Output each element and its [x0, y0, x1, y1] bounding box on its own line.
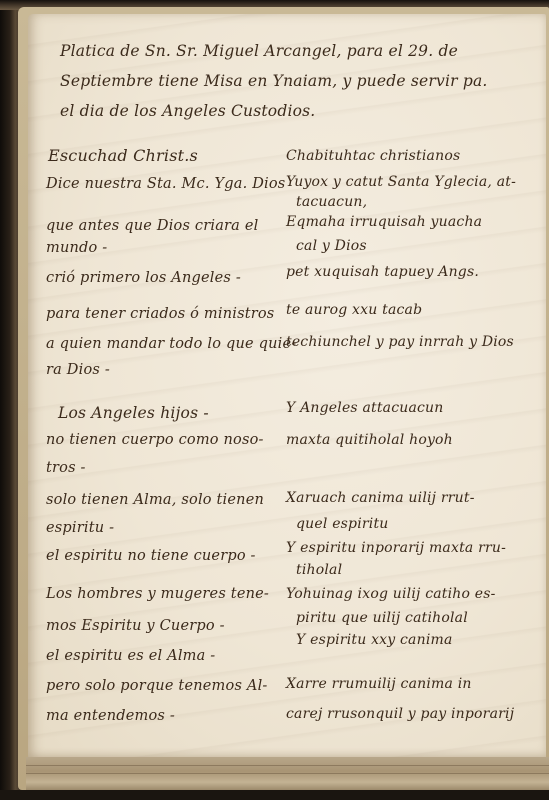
page-bottom-edge [26, 757, 549, 793]
native-line: tacuacun, [296, 194, 367, 210]
native-line: Y Angeles attacuacun [286, 400, 444, 416]
native-line: carej rrusonquil y pay inporarij [286, 706, 514, 722]
spanish-line: a quien mandar todo lo que quie- [46, 336, 296, 352]
heading-line-2: Septiembre tiene Misa en Ynaiam, y puede… [60, 72, 488, 90]
native-line: quel espiritu [296, 516, 389, 532]
native-line: techiunchel y pay inrrah y Dios [286, 334, 514, 350]
spanish-line: el espiritu es el Alma - [46, 648, 215, 664]
native-line: Yuyox y catut Santa Yglecia, at- [286, 174, 516, 190]
native-line: piritu que uilij catiholal [296, 610, 468, 626]
manuscript-page: Platica de Sn. Sr. Miguel Arcangel, para… [28, 14, 546, 759]
spanish-line: tros - [46, 460, 86, 476]
native-line: Eqmaha irruquisah yuacha [286, 214, 482, 230]
spanish-line: espiritu - [46, 520, 114, 536]
spanish-line: Los hombres y mugeres tene- [46, 586, 269, 602]
spanish-line: para tener criados ó ministros [46, 306, 274, 322]
native-line: Xarre rrumuilij canima in [286, 676, 472, 692]
native-line: Y espiritu xxy canima [296, 632, 453, 648]
spanish-line: ma entendemos - [46, 708, 175, 724]
spanish-line: mos Espiritu y Cuerpo - [46, 618, 225, 634]
spanish-line: pero solo porque tenemos Al- [46, 678, 268, 694]
native-line: Chabituhtac christianos [286, 148, 460, 164]
native-line: Yohuinag ixog uilij catiho es- [286, 586, 496, 602]
edge-line [26, 773, 549, 774]
heading-line-1: Platica de Sn. Sr. Miguel Arcangel, para… [60, 42, 458, 60]
spanish-line: el espiritu no tiene cuerpo - [46, 548, 256, 564]
spanish-line: Dice nuestra Sta. Mc. Yga. Dios [46, 176, 285, 192]
spanish-line: Los Angeles hijos - [58, 404, 209, 422]
spanish-line: mundo - [46, 240, 107, 256]
heading-line-3: el dia de los Angeles Custodios. [60, 102, 315, 120]
spanish-line: solo tienen Alma, solo tienen [46, 492, 264, 508]
native-line: pet xuquisah tapuey Angs. [286, 264, 479, 280]
book-binding-bottom [0, 790, 549, 800]
native-line: maxta quitiholal hoyoh [286, 432, 453, 448]
spanish-line: ra Dios - [46, 362, 110, 378]
native-line: cal y Dios [296, 238, 367, 254]
native-line: Xaruach canima uilij rrut- [286, 490, 475, 506]
native-line: te aurog xxu tacab [286, 302, 422, 318]
native-line: tiholal [296, 562, 342, 578]
spanish-line: no tienen cuerpo como noso- [46, 432, 264, 448]
spanish-line: que antes que Dios criara el [46, 218, 258, 234]
spanish-line: Escuchad Christ.s [48, 146, 198, 165]
edge-line [26, 765, 549, 766]
spanish-line: crió primero los Angeles - [46, 270, 241, 286]
native-line: Y espiritu inporarij maxta rru- [286, 540, 506, 556]
